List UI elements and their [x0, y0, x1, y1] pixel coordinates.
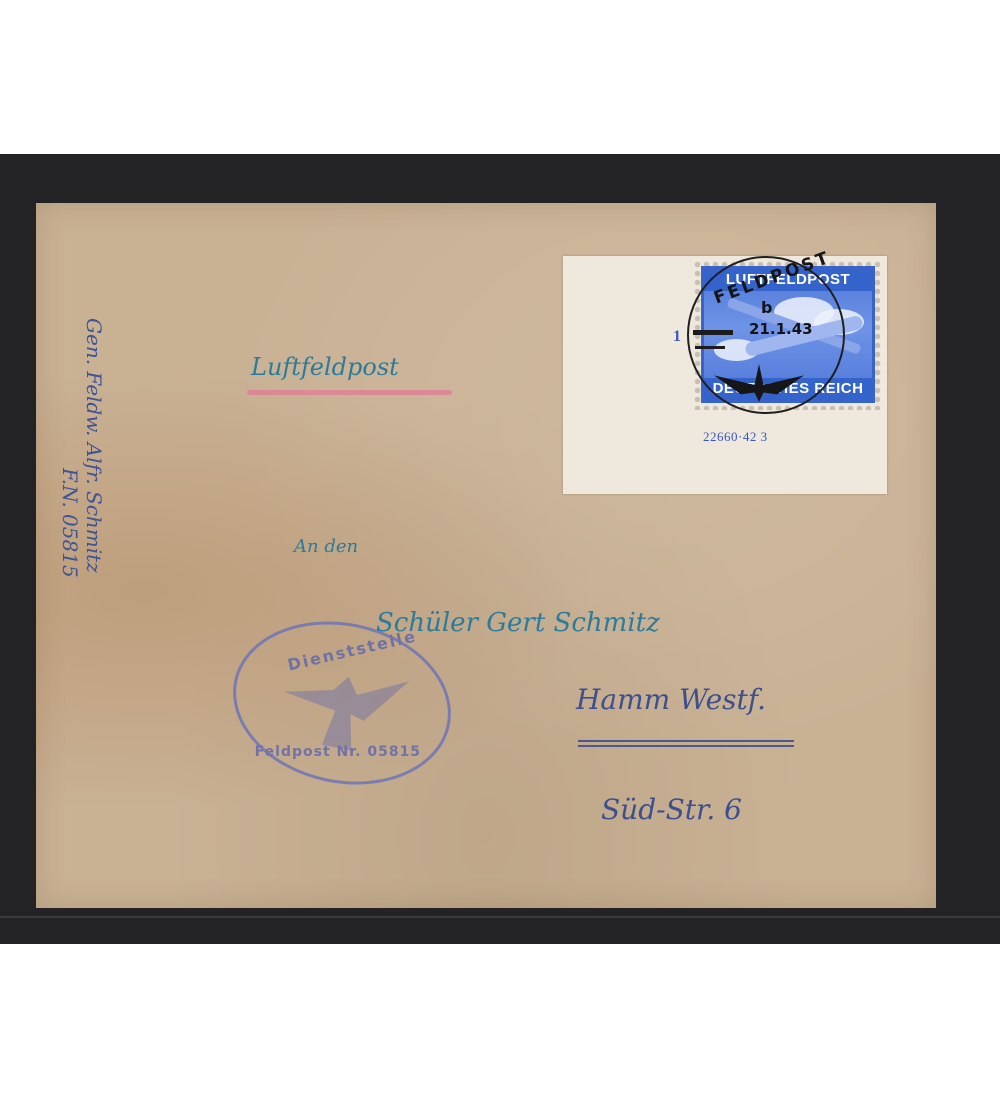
seal-bottom-text: Feldpost Nr. 05815	[255, 744, 421, 760]
city-underline	[578, 740, 794, 742]
address-name: Schüler Gert Schmitz	[376, 608, 660, 638]
plate-imprint: 22660·42 3	[703, 429, 768, 445]
envelope: 1 LUFTFELDPOST DEUTSCHES REICH FELDPOST …	[36, 203, 936, 908]
address-city: Hamm Westf.	[576, 683, 766, 716]
postmark-arc-text: FELDPOST	[711, 248, 833, 309]
red-crayon-underline	[247, 390, 452, 395]
city-underline	[578, 745, 794, 747]
cancel-bar	[693, 330, 733, 335]
mount-edge-line	[0, 916, 1000, 918]
address-street: Süd-Str. 6	[601, 793, 742, 826]
seal-top-text: Dienststelle	[286, 626, 419, 674]
postmark-letter: b	[761, 298, 772, 317]
margin-number: 1	[673, 328, 681, 346]
sender-note: Gen. Feldw. Alfr. Schmitz	[82, 318, 106, 573]
routing-note: Luftfeldpost	[251, 353, 399, 381]
sender-fieldpost-number: F.N. 05815	[58, 468, 82, 578]
postmark-date: 21.1.43	[749, 320, 813, 338]
address-salutation: An den	[294, 536, 358, 557]
stamp-sheet-margin: 1 LUFTFELDPOST DEUTSCHES REICH FELDPOST …	[563, 256, 887, 494]
cancel-bar	[695, 346, 725, 349]
